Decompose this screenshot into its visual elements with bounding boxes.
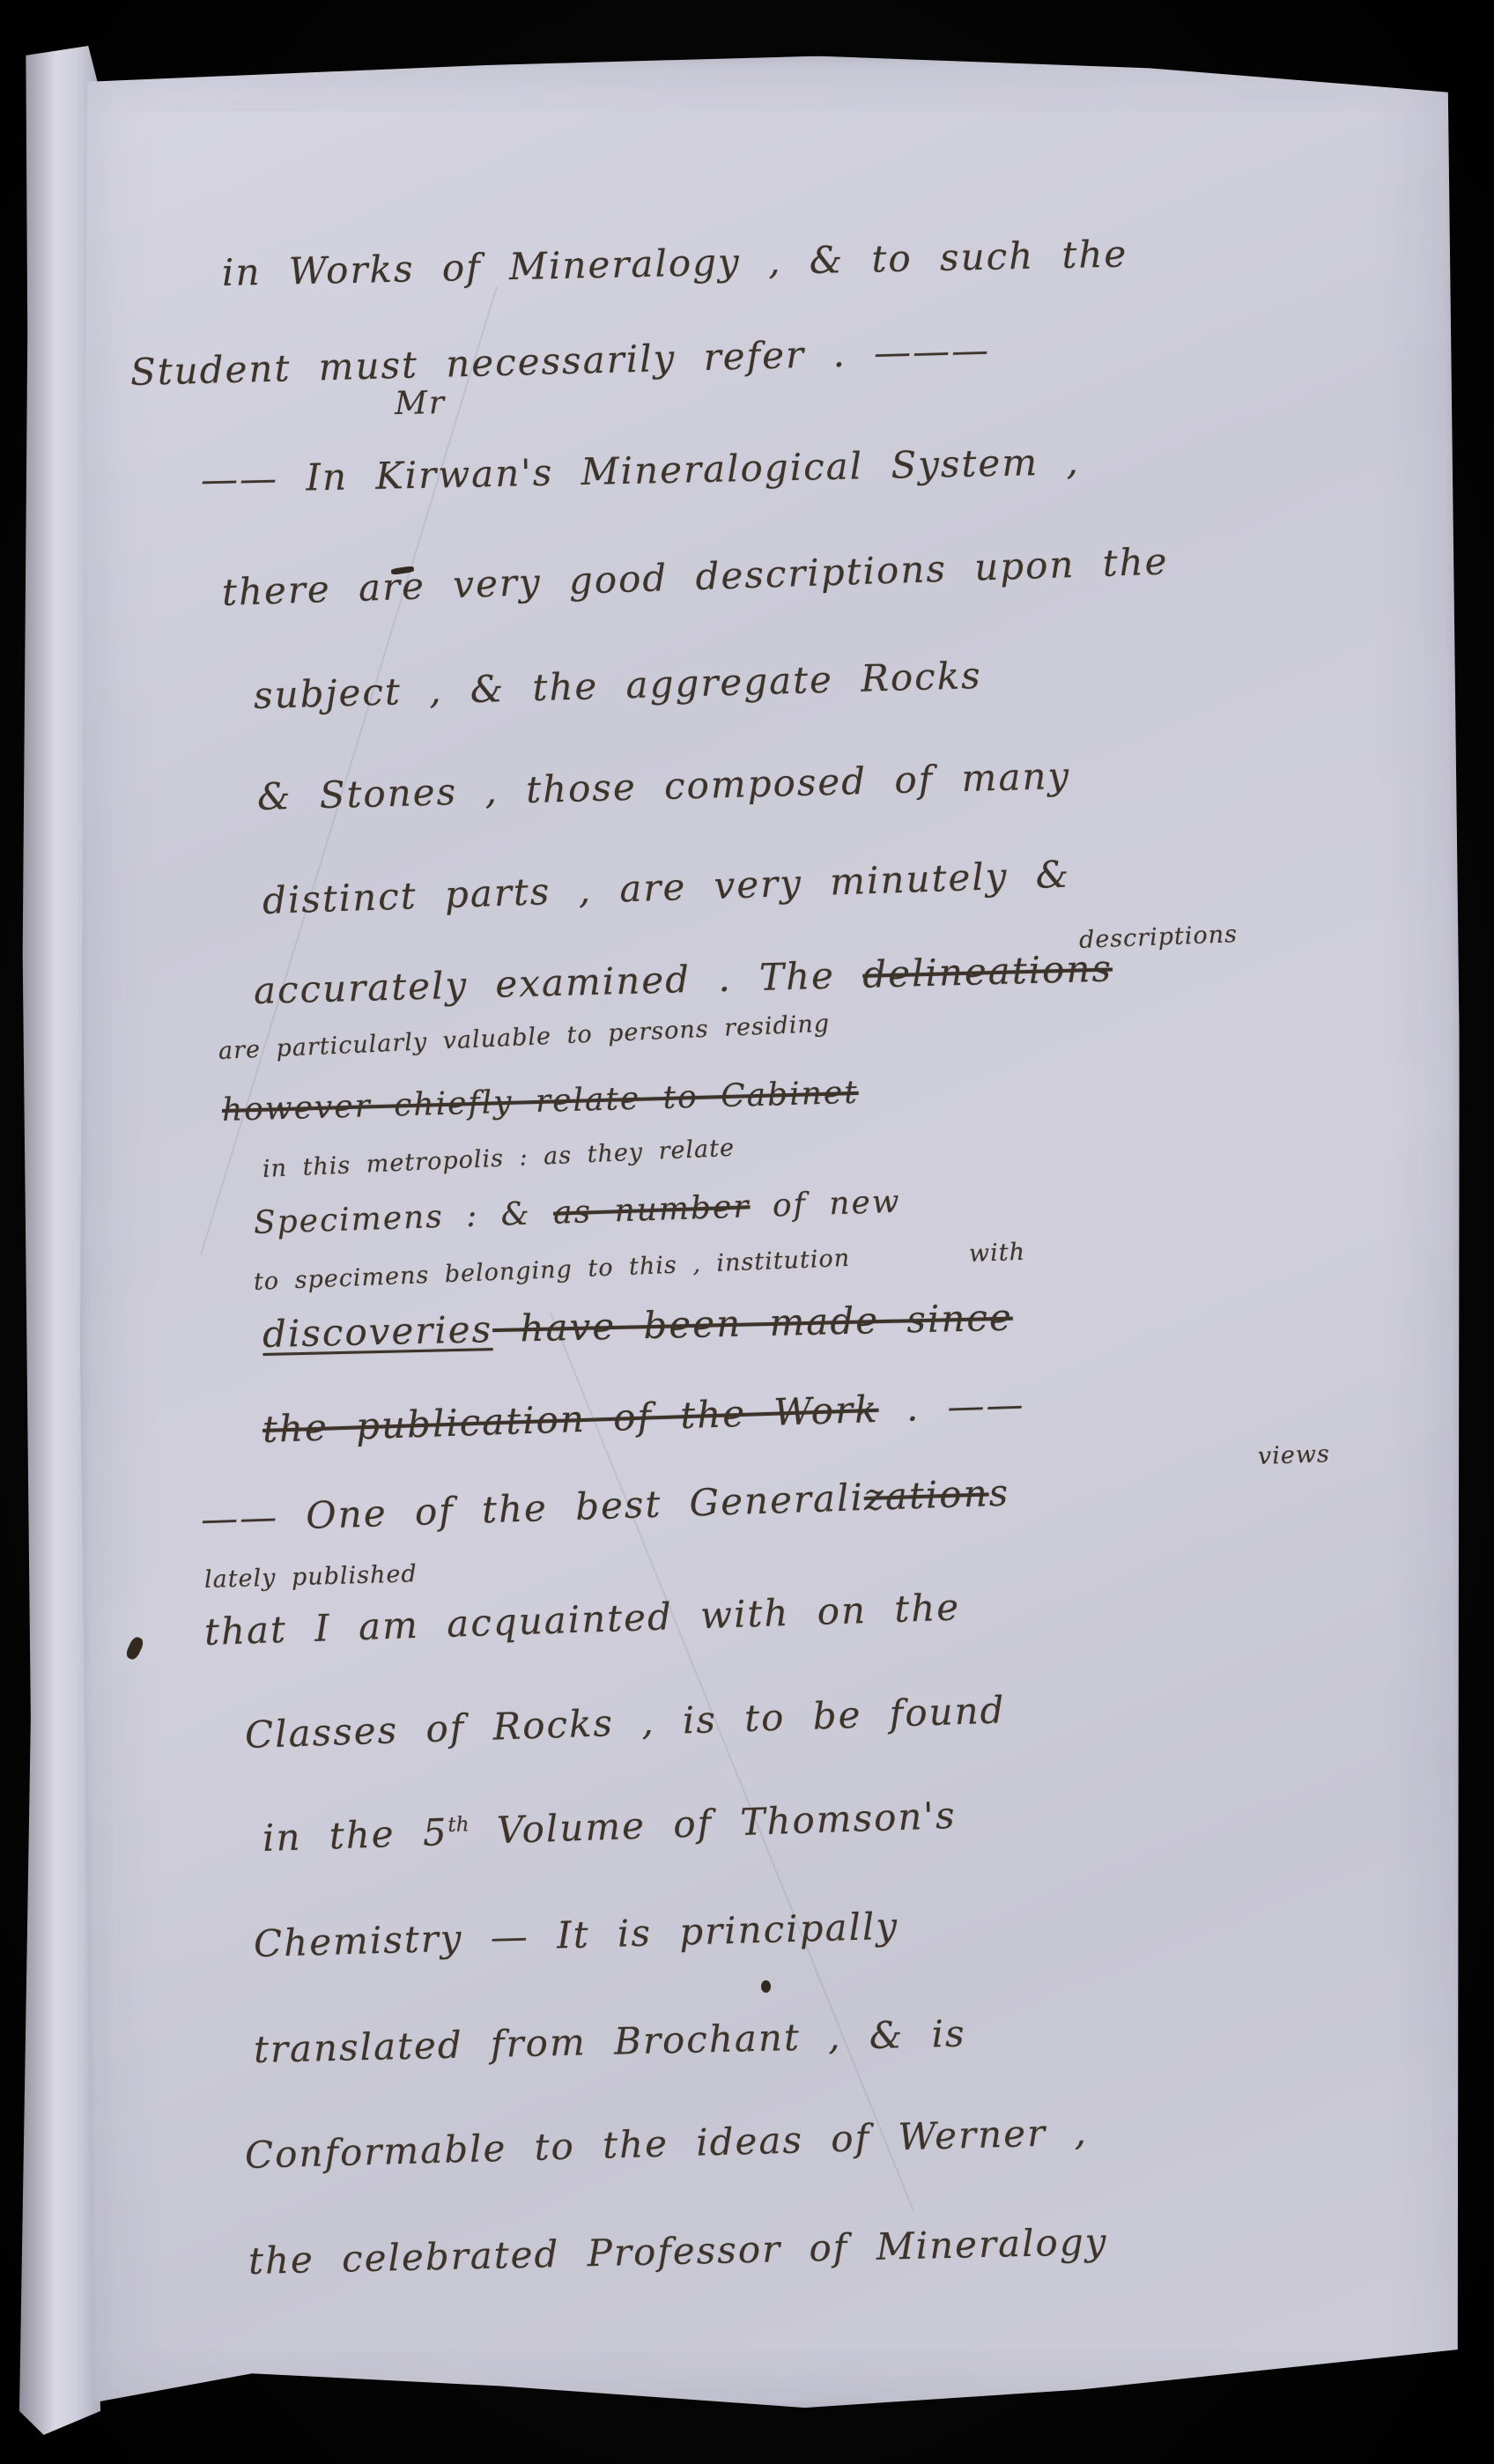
manuscript-word: in Works of Mineralogy , & to such the [221,232,1128,294]
manuscript-word-strike: as number [552,1188,751,1231]
manuscript-word: Volume of Thomson's [469,1794,957,1853]
manuscript-line: with [968,1239,1025,1268]
manuscript-word-underline: discoveries [262,1307,492,1356]
manuscript-line: subject , & the aggregate Rocks [253,654,982,717]
manuscript-word: of new [750,1184,901,1225]
manuscript-word: Specimens : & [253,1195,553,1241]
manuscript-word: Classes of Rocks , is to be found [244,1688,1006,1757]
manuscript-line: in the 5th Volume of Thomson's [262,1794,957,1860]
manuscript-line: views [1257,1440,1330,1470]
manuscript-word: translated from Brochant , & is [253,2012,966,2071]
manuscript-word: lately published [204,1560,418,1594]
manuscript-line: distinct parts , are very minutely & [262,853,1071,922]
manuscript-word: with [968,1239,1025,1268]
manuscript-word: . —— [878,1382,1026,1430]
manuscript-word-strike: however chiefly relate to Cabinet [221,1075,859,1128]
manuscript-word-strike: the publication of the Work [262,1387,879,1451]
manuscript-word: subject , & the aggregate Rocks [253,654,982,717]
manuscript-word-strike: have been made since [492,1296,1014,1350]
manuscript-word-sup: th [447,1813,470,1837]
manuscript-line: Specimens : & as number of new [253,1184,901,1241]
manuscript-line: Student must necessarily refer . ——— [129,328,990,394]
manuscript-word-strike: zation [863,1471,989,1519]
manuscript-line: however chiefly relate to Cabinet [221,1075,859,1128]
manuscript-line: Conformable to the ideas of Werner , [244,2110,1088,2177]
manuscript-word: that I am acquainted with on the [203,1586,961,1654]
manuscript-line: that I am acquainted with on the [203,1586,961,1654]
manuscript-word: Chemistry — It is principally [253,1905,899,1965]
manuscript-word: & Stones , those composed of many [256,754,1070,818]
manuscript-line: Chemistry — It is principally [253,1905,899,1965]
manuscript-line: in Works of Mineralogy , & to such the [221,232,1128,294]
manuscript-word: —— One of the best Generali [200,1476,864,1541]
manuscript-line: there are very good descriptions upon th… [221,539,1169,614]
manuscript-line: Classes of Rocks , is to be found [244,1688,1006,1757]
manuscript-line: discoveries have been made since [262,1296,1013,1356]
manuscript-word: s [988,1471,1010,1515]
manuscript-word: the celebrated Professor of Mineralogy [248,2220,1107,2283]
manuscript-word: distinct parts , are very minutely & [262,853,1071,922]
manuscript-word: there are very good descriptions upon th… [221,539,1169,614]
manuscript-line: —— In Kirwan's Mineralogical System , [200,440,1080,501]
manuscript-text-block: in Works of Mineralogy , & to such theSt… [0,0,1494,2464]
manuscript-word: —— In Kirwan's Mineralogical System , [200,440,1080,501]
manuscript-line: accurately examined . The delineations [253,946,1113,1012]
ink-speck [761,1980,771,1993]
manuscript-word: are particularly valuable to persons res… [218,1010,830,1065]
manuscript-line: —— One of the best Generalizations [200,1471,1010,1541]
manuscript-line: lately published [204,1560,418,1594]
manuscript-word: to specimens belonging to this , institu… [253,1245,850,1296]
manuscript-word: in the 5 [262,1810,448,1860]
manuscript-line: Mr [395,385,447,422]
manuscript-word-strike: delineations [862,946,1113,995]
manuscript-word: accurately examined . The [253,953,862,1012]
manuscript-word: Mr [395,385,447,422]
manuscript-word: in this metropolis : as they relate [262,1135,735,1183]
manuscript-line: & Stones , those composed of many [256,754,1070,818]
manuscript-word: views [1257,1440,1330,1470]
manuscript-line: the celebrated Professor of Mineralogy [248,2220,1107,2283]
manuscript-line: are particularly valuable to persons res… [218,1010,830,1065]
manuscript-line: to specimens belonging to this , institu… [253,1245,850,1296]
manuscript-word: Student must necessarily refer . ——— [129,328,990,394]
manuscript-word: Conformable to the ideas of Werner , [244,2110,1088,2177]
manuscript-line: translated from Brochant , & is [253,2012,966,2071]
manuscript-line: the publication of the Work . —— [262,1382,1025,1451]
manuscript-line: in this metropolis : as they relate [262,1135,735,1183]
